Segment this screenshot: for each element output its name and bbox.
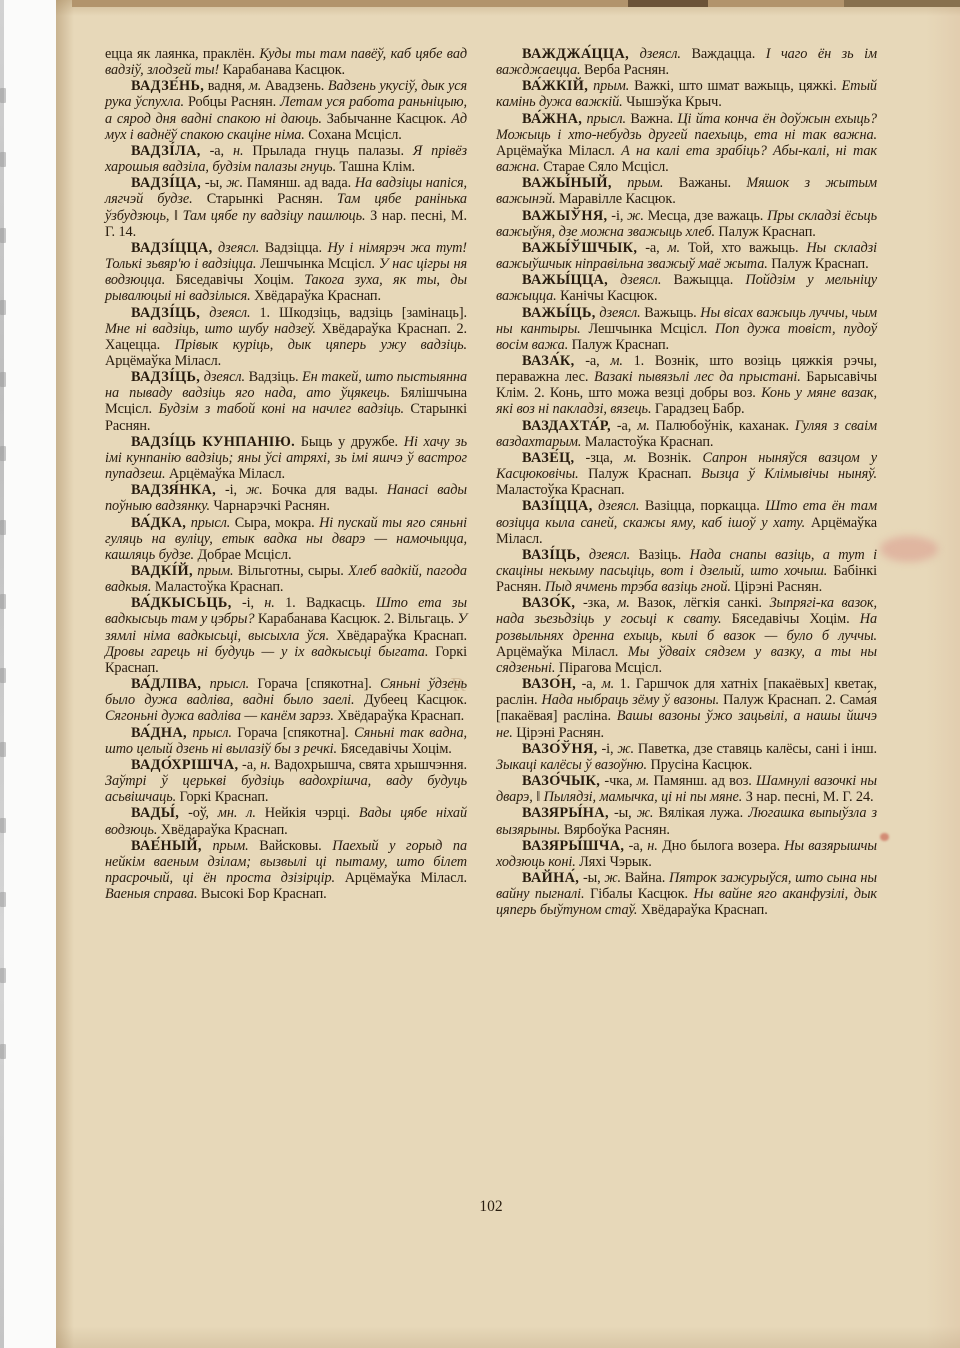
entry-plain-text: Палуж Краснап.: [768, 256, 869, 272]
dictionary-entry: ВАДЗІ́ЦЬ, дзеясл. Вадзіць. Ен такей, што…: [105, 369, 467, 434]
entry-plain-text: Хвёдараўка Краснап.: [251, 288, 381, 304]
entry-plain-text: Бяседавічы Хоцім.: [337, 741, 452, 757]
entry-plain-text: Важна.: [626, 111, 677, 127]
entry-plain-text: -ы,: [201, 175, 226, 191]
entry-headword: ВА́ДКА,: [131, 515, 186, 531]
entry-plain-text: Важыцца.: [661, 272, 745, 288]
entry-plain-text: Авадзень.: [261, 78, 328, 94]
entry-example-text: дзеясл.: [589, 547, 630, 563]
entry-plain-text: Быць у дружбе.: [295, 434, 404, 450]
entry-plain-text: Пірагова Мсцісл.: [555, 660, 662, 676]
entry-plain-text: Карабанава Касцюк. 2. Вільгаць.: [254, 611, 457, 627]
entry-example-text: Мне ні вадзіць, што шубу надзеў.: [105, 321, 316, 337]
entry-headword: ВА́ЖКІЙ,: [522, 78, 588, 94]
entry-example-text: ж.: [617, 741, 634, 757]
entry-plain-text: Верба Раснян.: [581, 62, 670, 78]
entry-headword: ВАДО́ХРІШЧА,: [131, 757, 238, 773]
entry-headword: ВА́ЖНА,: [522, 111, 582, 127]
entry-plain-text: Арцёмаўка Міласл.: [496, 143, 621, 159]
entry-example-text: Нада ныбраць зёму ў вазоны.: [542, 692, 720, 708]
entry-plain-text: Месца, дзе важаць.: [644, 208, 767, 224]
dictionary-entry: ВАДЗІ́ЦА, -ы, ж. Памянш. ад вада. На вад…: [105, 175, 467, 240]
entry-plain-text: -а,: [238, 757, 260, 773]
entry-example-text: Ваеныя справа.: [105, 886, 197, 902]
entry-example-text: м.: [602, 676, 615, 692]
entry-plain-text: Бяседавічы Хоцім.: [165, 272, 304, 288]
edge-dash: [0, 88, 6, 103]
entry-example-text: мн. л.: [218, 805, 256, 821]
entry-plain-text: Маластоўка Краснап.: [151, 579, 283, 595]
entry-headword: ВАЖЫ́ЦЬ,: [522, 305, 596, 321]
dictionary-entry: ВА́ЖКІЙ, прым. Важкі, што шмат важыць, ц…: [496, 78, 877, 110]
entry-headword: ВАЕ́НЫЙ,: [131, 838, 202, 854]
edge-dash: [0, 152, 6, 167]
dictionary-entry: ВАЕ́НЫЙ, прым. Вайсковы. Паехый у горыд …: [105, 838, 467, 903]
dictionary-entry: ВАЗІ́ЦЦА, дзеясл. Вазіцца, поркацца. Што…: [496, 498, 877, 546]
entry-example-text: Прівык куріць, дык цяперь ужу вадзіць.: [175, 337, 467, 353]
entry-plain-text: -зца,: [574, 450, 624, 466]
entry-example-text: м.: [637, 773, 650, 789]
red-dot-artifact: [880, 833, 889, 841]
dictionary-entry: ВАЗЯРЫ́НА, -ы, ж. Вялікая лужа. Люгашка …: [496, 805, 877, 837]
entry-plain-text: Добрае Мсцісл.: [194, 547, 291, 563]
edge-dash: [0, 892, 6, 907]
entry-plain-text: Вадзіцца.: [259, 240, 327, 256]
entry-plain-text: Сохана Мсцісл.: [305, 127, 402, 143]
entry-plain-text: [200, 305, 209, 321]
edge-dash: [0, 372, 6, 387]
entry-example-text: м.: [637, 418, 650, 434]
entry-headword: ВАДЫ́,: [131, 805, 179, 821]
entry-headword: ВАЗДАХТА́Р,: [522, 418, 611, 434]
entry-example-text: дзеясл.: [204, 369, 245, 385]
entry-plain-text: Хвёдараўка Краснап.: [329, 628, 467, 644]
entry-plain-text: Палуж Краснап.: [715, 224, 816, 240]
edge-dash: [0, 300, 6, 315]
entry-plain-text: Маластоўка Краснап.: [496, 482, 625, 498]
entry-headword: ВАДЗЯ́НКА,: [131, 482, 216, 498]
entry-example-text: Будзім з табой коні на начлег вадзіць.: [158, 401, 404, 417]
edge-dash: [0, 668, 6, 683]
entry-example-text: Заўтрі ў церькві будзіць вадохрішча, вад…: [105, 773, 467, 805]
dictionary-entry: ВАДЗІ́ЦЬ, дзеясл. 1. Шкодзіць, вадзіць […: [105, 305, 467, 370]
entry-example-text: дзеясл.: [218, 240, 259, 256]
entry-plain-text: Вадохрышча, свята хрышчэння.: [271, 757, 467, 773]
dictionary-entry: ВАЗА́К, -а, м. 1. Вознік, што возіць цяж…: [496, 353, 877, 418]
dictionary-entry: ВА́ДКА, прысл. Сыра, мокра. Ні пускай ты…: [105, 515, 467, 563]
entry-headword: ВАДЗІ́ЦЬ,: [131, 369, 200, 385]
entry-headword: ВАЖЫ́ЦЦА,: [522, 272, 608, 288]
entry-plain-text: Памянш. ад воз.: [649, 773, 756, 789]
entry-plain-text: [201, 676, 209, 692]
entry-plain-text: Ляхі Чэрык.: [576, 854, 652, 870]
entry-plain-text: Горкі Краснап.: [176, 789, 268, 805]
entry-headword: ВАЗЯРЫ́НА,: [522, 805, 609, 821]
entry-headword: ВА́ДЛІВА,: [131, 676, 201, 692]
entry-plain-text: Вярбоўка Раснян.: [560, 822, 669, 838]
entry-example-text: Дровы гарець ні будуць — у іх вадкысьці …: [105, 644, 428, 660]
entry-headword: ВАЗЯРЫ́ШЧА,: [522, 838, 624, 854]
entry-example-text: дзеясл.: [598, 498, 639, 514]
entry-example-text: н.: [233, 143, 243, 159]
entry-plain-text: Маластоўка Краснап.: [581, 434, 713, 450]
entry-headword: ВА́ДНА,: [131, 725, 187, 741]
entry-plain-text: Высокі Бор Краснап.: [197, 886, 326, 902]
dictionary-entry: ВАДЗІ́ЛА, -а, н. Прылада гнуць палазы. Я…: [105, 143, 467, 175]
entry-plain-text: [612, 175, 627, 191]
text-column-left: ецца як лаянка, праклён. Куды ты там пав…: [105, 46, 467, 902]
entry-example-text: м.: [610, 353, 623, 369]
entry-headword: ВАДЗІ́ЦЦА,: [131, 240, 213, 256]
entry-plain-text: Хвёдараўка Краснап.: [334, 708, 464, 724]
entry-plain-text: [608, 272, 620, 288]
entry-plain-text: -ы,: [579, 870, 604, 886]
entry-plain-text: Арцёмаўка Міласл.: [335, 870, 467, 886]
entry-plain-text: Важкі, што шмат важыць, цяжкі.: [629, 78, 841, 94]
entry-plain-text: Вазіцца, поркацца.: [639, 498, 765, 514]
pink-smudge-artifact: [880, 536, 938, 562]
entry-plain-text: Вайсковы.: [249, 838, 333, 854]
entry-headword: ВАЖДЖА́ЦЦА,: [522, 46, 629, 62]
dictionary-entry: ВАДЗІ́ЦЦА, дзеясл. Вадзіцца. Ну і німярэ…: [105, 240, 467, 305]
entry-example-text: прым.: [212, 838, 248, 854]
entry-plain-text: Вайна.: [621, 870, 669, 886]
page-edge-dark-segment: [844, 0, 960, 7]
entry-plain-text: Прылада гнуць палазы.: [243, 143, 412, 159]
entry-plain-text: Старынкі Раснян.: [193, 191, 337, 207]
entry-example-text: прым.: [197, 563, 233, 579]
dictionary-entry: ВАЖДЖА́ЦЦА, дзеясл. Важдацца. І чаго ён …: [496, 46, 877, 78]
entry-example-text: дзеясл.: [620, 272, 661, 288]
entry-plain-text: Арцёмаўка Міласл.: [496, 644, 628, 660]
entry-plain-text: Робцы Раснян.: [184, 94, 280, 110]
entry-plain-text: Арцёмаўка Міласл.: [105, 353, 221, 369]
dictionary-entry: ВАЗО́Н, -а, м. 1. Гаршчок для хатніх [па…: [496, 676, 877, 741]
ink-bleed-mark: Я: [452, 674, 465, 697]
entry-plain-text: Вазок, лёгкія санкі.: [630, 595, 770, 611]
entry-plain-text: Цірэні Раснян.: [513, 725, 604, 741]
entry-plain-text: [202, 838, 213, 854]
entry-example-text: Вазакі пывязьлі лес да прыстані.: [594, 369, 801, 385]
dictionary-entry: ВАДЗІ́ЦЬ КУНПАНІЮ. Быць у дружбе. Ні хач…: [105, 434, 467, 482]
entry-headword: ВАДЗІ́ЛА,: [131, 143, 201, 159]
entry-example-text: н.: [260, 757, 270, 773]
edge-dash: [0, 228, 6, 243]
entry-headword: ВАЙНА́,: [522, 870, 579, 886]
entry-headword: ВАЗО́ЧЫК,: [522, 773, 600, 789]
entry-plain-text: Важдацца.: [681, 46, 766, 62]
entry-example-text: м.: [624, 450, 637, 466]
entry-plain-text: Ташна Клім.: [336, 159, 415, 175]
entry-plain-text: Бочка для вады.: [263, 482, 387, 498]
entry-example-text: прысл.: [191, 515, 231, 531]
entry-example-text: ж.: [246, 482, 263, 498]
dictionary-entry: ВАДЗЕ́НЬ, вадня́, м. Авадзень. Вадзень у…: [105, 78, 467, 143]
entry-plain-text: Бяседавічы Хоцім.: [722, 611, 860, 627]
dictionary-entry: ВАДКІ́Й, прым. Вільготны, сыры. Хлеб вад…: [105, 563, 467, 595]
entry-headword: ВАЖЫЎНЯ,: [522, 208, 607, 224]
page-number: 102: [105, 1198, 877, 1216]
dictionary-entry: ВАЗЕ́Ц, -зца, м. Вознік. Сапрон ныняўся …: [496, 450, 877, 498]
entry-plain-text: Вялікая лужа.: [653, 805, 748, 821]
entry-headword: ВАДКІ́Й,: [131, 563, 193, 579]
entry-plain-text: ецца як лаянка, праклён.: [105, 46, 259, 62]
entry-headword: ВАДЗІ́ЦЬ,: [131, 305, 200, 321]
entry-plain-text: Гібалы Касцюк.: [585, 886, 694, 902]
dictionary-entry: ВАЗО́ЎНЯ, -і, ж. Паветка, дзе ставяць ка…: [496, 741, 877, 773]
entry-example-text: ж.: [627, 208, 644, 224]
entry-plain-text: З нар. песні, М. Г. 24.: [742, 789, 873, 805]
entry-example-text: м.: [617, 595, 630, 611]
entry-headword: ВАЗІ́ЦЦА,: [522, 498, 593, 514]
entry-plain-text: -а,: [637, 240, 667, 256]
entry-headword: ВАЗО́Н,: [522, 676, 576, 692]
entry-plain-text: Вознік.: [637, 450, 703, 466]
dictionary-entry: ВАДЗЯ́НКА, -і, ж. Бочка для вады. Нанасі…: [105, 482, 467, 514]
entry-example-text: прысл.: [210, 676, 250, 692]
scanner-margin: [0, 0, 56, 1348]
entry-plain-text: Прусіна Касцюк.: [647, 757, 752, 773]
text-column-right: ВАЖДЖА́ЦЦА, дзеясл. Важдацца. І чаго ён …: [496, 46, 877, 918]
entry-plain-text: Сыра, мокра.: [230, 515, 319, 531]
entry-headword: ВАЖЫ́ЎШЧЫК,: [522, 240, 637, 256]
entry-example-text: дзеясл.: [640, 46, 681, 62]
entry-plain-text: -і,: [216, 482, 246, 498]
page-top-edge: [72, 0, 960, 7]
entry-plain-text: Карабанава Касцюк.: [219, 62, 345, 78]
edge-dash: [0, 1044, 6, 1059]
entry-plain-text: -і,: [232, 595, 265, 611]
entry-headword: ВАЖЫ́НЫЙ,: [522, 175, 612, 191]
entry-example-text: н.: [647, 838, 657, 854]
entry-example-text: Пыд ячмень трэба вазіць гной.: [545, 579, 731, 595]
entry-headword: ВА́ДКЫСЬЦЬ,: [131, 595, 232, 611]
entry-plain-text: Важаны.: [663, 175, 746, 191]
entry-plain-text: -ы,: [609, 805, 637, 821]
edge-dash: [0, 968, 6, 983]
entry-headword: ВАЗЕ́Ц,: [522, 450, 574, 466]
entry-plain-text: вадня́,: [204, 78, 249, 94]
entry-plain-text: -а,: [575, 353, 611, 369]
entry-example-text: прым.: [593, 78, 629, 94]
entry-plain-text: Палюбоўнік, каханак.: [650, 418, 795, 434]
entry-plain-text: Маравілле Касцюк.: [556, 191, 676, 207]
entry-plain-text: Горача [спякотна].: [232, 725, 354, 741]
entry-plain-text: Палуж Краснап.: [579, 466, 701, 482]
entry-plain-text: 1. Шкодзіць, вадзіць [замінаць].: [251, 305, 468, 321]
entry-plain-text: -а,: [611, 418, 637, 434]
edge-dash: [0, 818, 6, 833]
entry-plain-text: Горача [спякотна].: [249, 676, 380, 692]
dictionary-entry: ВАЗО́ЧЫК, -чка, м. Памянш. ад воз. Шамну…: [496, 773, 877, 805]
entry-example-text: прым.: [627, 175, 663, 191]
entry-plain-text: -а,: [624, 838, 647, 854]
dictionary-entry: ВАДО́ХРІШЧА, -а, н. Вадохрышча, свята хр…: [105, 757, 467, 805]
entry-headword: ВАЗІ́ЦЬ,: [522, 547, 580, 563]
entry-example-text: дзеясл.: [599, 305, 640, 321]
edge-dash: [0, 594, 6, 609]
entry-plain-text: Вадзіць.: [245, 369, 302, 385]
entry-plain-text: Хвёдараўка Краснап.: [637, 902, 767, 918]
entry-plain-text: Хвёдараўка Краснап.: [157, 822, 287, 838]
dictionary-entry: ВАЖЫ́ЦЬ, дзеясл. Важыць. Ны вісах важыць…: [496, 305, 877, 353]
entry-plain-text: Лешчынка Мсцісл.: [581, 321, 715, 337]
entry-plain-text: -а,: [201, 143, 233, 159]
dictionary-entry: ВАЗІ́ЦЬ, дзеясл. Вазіць. Нада снапы вазі…: [496, 547, 877, 595]
entry-example-text: м.: [667, 240, 680, 256]
entry-example-text: Сягоньні дужа вадліва — канём зарэз.: [105, 708, 334, 724]
entry-plain-text: Вазіць.: [630, 547, 690, 563]
entry-plain-text: -і,: [607, 208, 627, 224]
entry-plain-text: -а,: [576, 676, 602, 692]
entry-plain-text: Старае Сяло Мсцісл.: [540, 159, 669, 175]
entry-plain-text: Паветка, дзе ставяць калёсы, сані і інш.: [634, 741, 877, 757]
dictionary-entry: ВАЗО́К, -зка, м. Вазок, лёгкія санкі. Зы…: [496, 595, 877, 676]
dictionary-entry: ВАЗДАХТА́Р, -а, м. Палюбоўнік, каханак. …: [496, 418, 877, 450]
entry-example-text: н.: [264, 595, 274, 611]
entry-plain-text: Гарадзец Бабр.: [651, 401, 744, 417]
dictionary-entry: ВА́ЖНА, прысл. Важна. Ці йта конча ён до…: [496, 111, 877, 176]
entry-plain-text: Чарнарэчкі Раснян.: [210, 498, 330, 514]
entry-headword: ВАДЗЕ́НЬ,: [131, 78, 204, 94]
entry-example-text: Зыкаці калёсы ў вазоўню.: [496, 757, 647, 773]
entry-headword: ВАЗА́К,: [522, 353, 575, 369]
entry-plain-text: 1. Вадкасць.: [275, 595, 376, 611]
entry-example-text: прысл.: [587, 111, 627, 127]
entry-plain-text: Забычанне Касцюк.: [322, 111, 451, 127]
entry-plain-text: Дубеец Касцюк.: [355, 692, 467, 708]
dictionary-entry: ВАЖЫ́ЎШЧЫК, -а, м. Той, хто важыць. Ны с…: [496, 240, 877, 272]
dictionary-entry: ВА́ДЛІВА, прысл. Горача [спякотна]. Сянь…: [105, 676, 467, 724]
entry-plain-text: Цірэні Раснян.: [731, 579, 822, 595]
entry-plain-text: Арцёмаўка Міласл.: [165, 466, 285, 482]
entry-headword: ВАДЗІ́ЦЬ КУНПАНІЮ.: [131, 434, 295, 450]
entry-example-text: ж.: [604, 870, 621, 886]
page-edge-dark-segment: [628, 0, 708, 7]
entry-plain-text: [629, 46, 640, 62]
entry-plain-text: -і,: [598, 741, 618, 757]
entry-plain-text: -зка,: [575, 595, 617, 611]
dictionary-entry: ВАЗЯРЫ́ШЧА, -а, н. Дно былога возера. Ны…: [496, 838, 877, 870]
entry-example-text: м.: [249, 78, 262, 94]
dictionary-entry: ВАЖЫ́ЦЦА, дзеясл. Важыцца. Пойдзім у мел…: [496, 272, 877, 304]
edge-dash: [0, 446, 6, 461]
entry-plain-text: Вільготны, сыры.: [233, 563, 348, 579]
entry-plain-text: Памянш. ад вада.: [243, 175, 355, 191]
entry-headword: ВАЗО́К,: [522, 595, 575, 611]
entry-example-text: прысл.: [192, 725, 232, 741]
dictionary-entry: ВА́ДНА, прысл. Горача [спякотна]. Сяньні…: [105, 725, 467, 757]
entry-plain-text: -чка,: [600, 773, 637, 789]
entry-plain-text: Той, хто важыць.: [680, 240, 806, 256]
entry-plain-text: Лешчынка Мсцісл.: [256, 256, 379, 272]
entry-plain-text: Чышэўка Крыч.: [623, 94, 722, 110]
entry-plain-text: [580, 547, 589, 563]
entry-plain-text: -оў,: [179, 805, 218, 821]
entry-plain-text: Нейкія чэрці.: [256, 805, 359, 821]
entry-headword: ВАДЗІ́ЦА,: [131, 175, 201, 191]
entry-example-text: ж.: [637, 805, 654, 821]
entry-example-text: дзеясл.: [209, 305, 250, 321]
entry-example-text: Вызца ў Клімывічы ныняў.: [701, 466, 877, 482]
entry-plain-text: Важыць.: [641, 305, 701, 321]
edge-dash: [0, 520, 6, 535]
dictionary-entry: ВАЖЫ́НЫЙ, прым. Важаны. Мяшок з жытым ва…: [496, 175, 877, 207]
dictionary-entry: ВА́ДКЫСЬЦЬ, -і, н. 1. Вадкасць. Што ета …: [105, 595, 467, 676]
entry-plain-text: Палуж Краснап.: [568, 337, 669, 353]
entry-example-text: ж.: [226, 175, 243, 191]
entry-plain-text: Дно былога возера.: [658, 838, 784, 854]
dictionary-entry: ВАЙНА́, -ы, ж. Вайна. Пятрок зажурыўся, …: [496, 870, 877, 918]
entry-plain-text: Канічы Касцюк.: [557, 288, 658, 304]
dictionary-entry: ецца як лаянка, праклён. Куды ты там пав…: [105, 46, 467, 78]
dictionary-entry: ВАЖЫЎНЯ, -і, ж. Месца, дзе важаць. Пры с…: [496, 208, 877, 240]
entry-headword: ВАЗО́ЎНЯ,: [522, 741, 598, 757]
edge-dash: [0, 742, 6, 757]
dictionary-entry: ВАДЫ́, -оў, мн. л. Нейкія чэрці. Вады ця…: [105, 805, 467, 837]
